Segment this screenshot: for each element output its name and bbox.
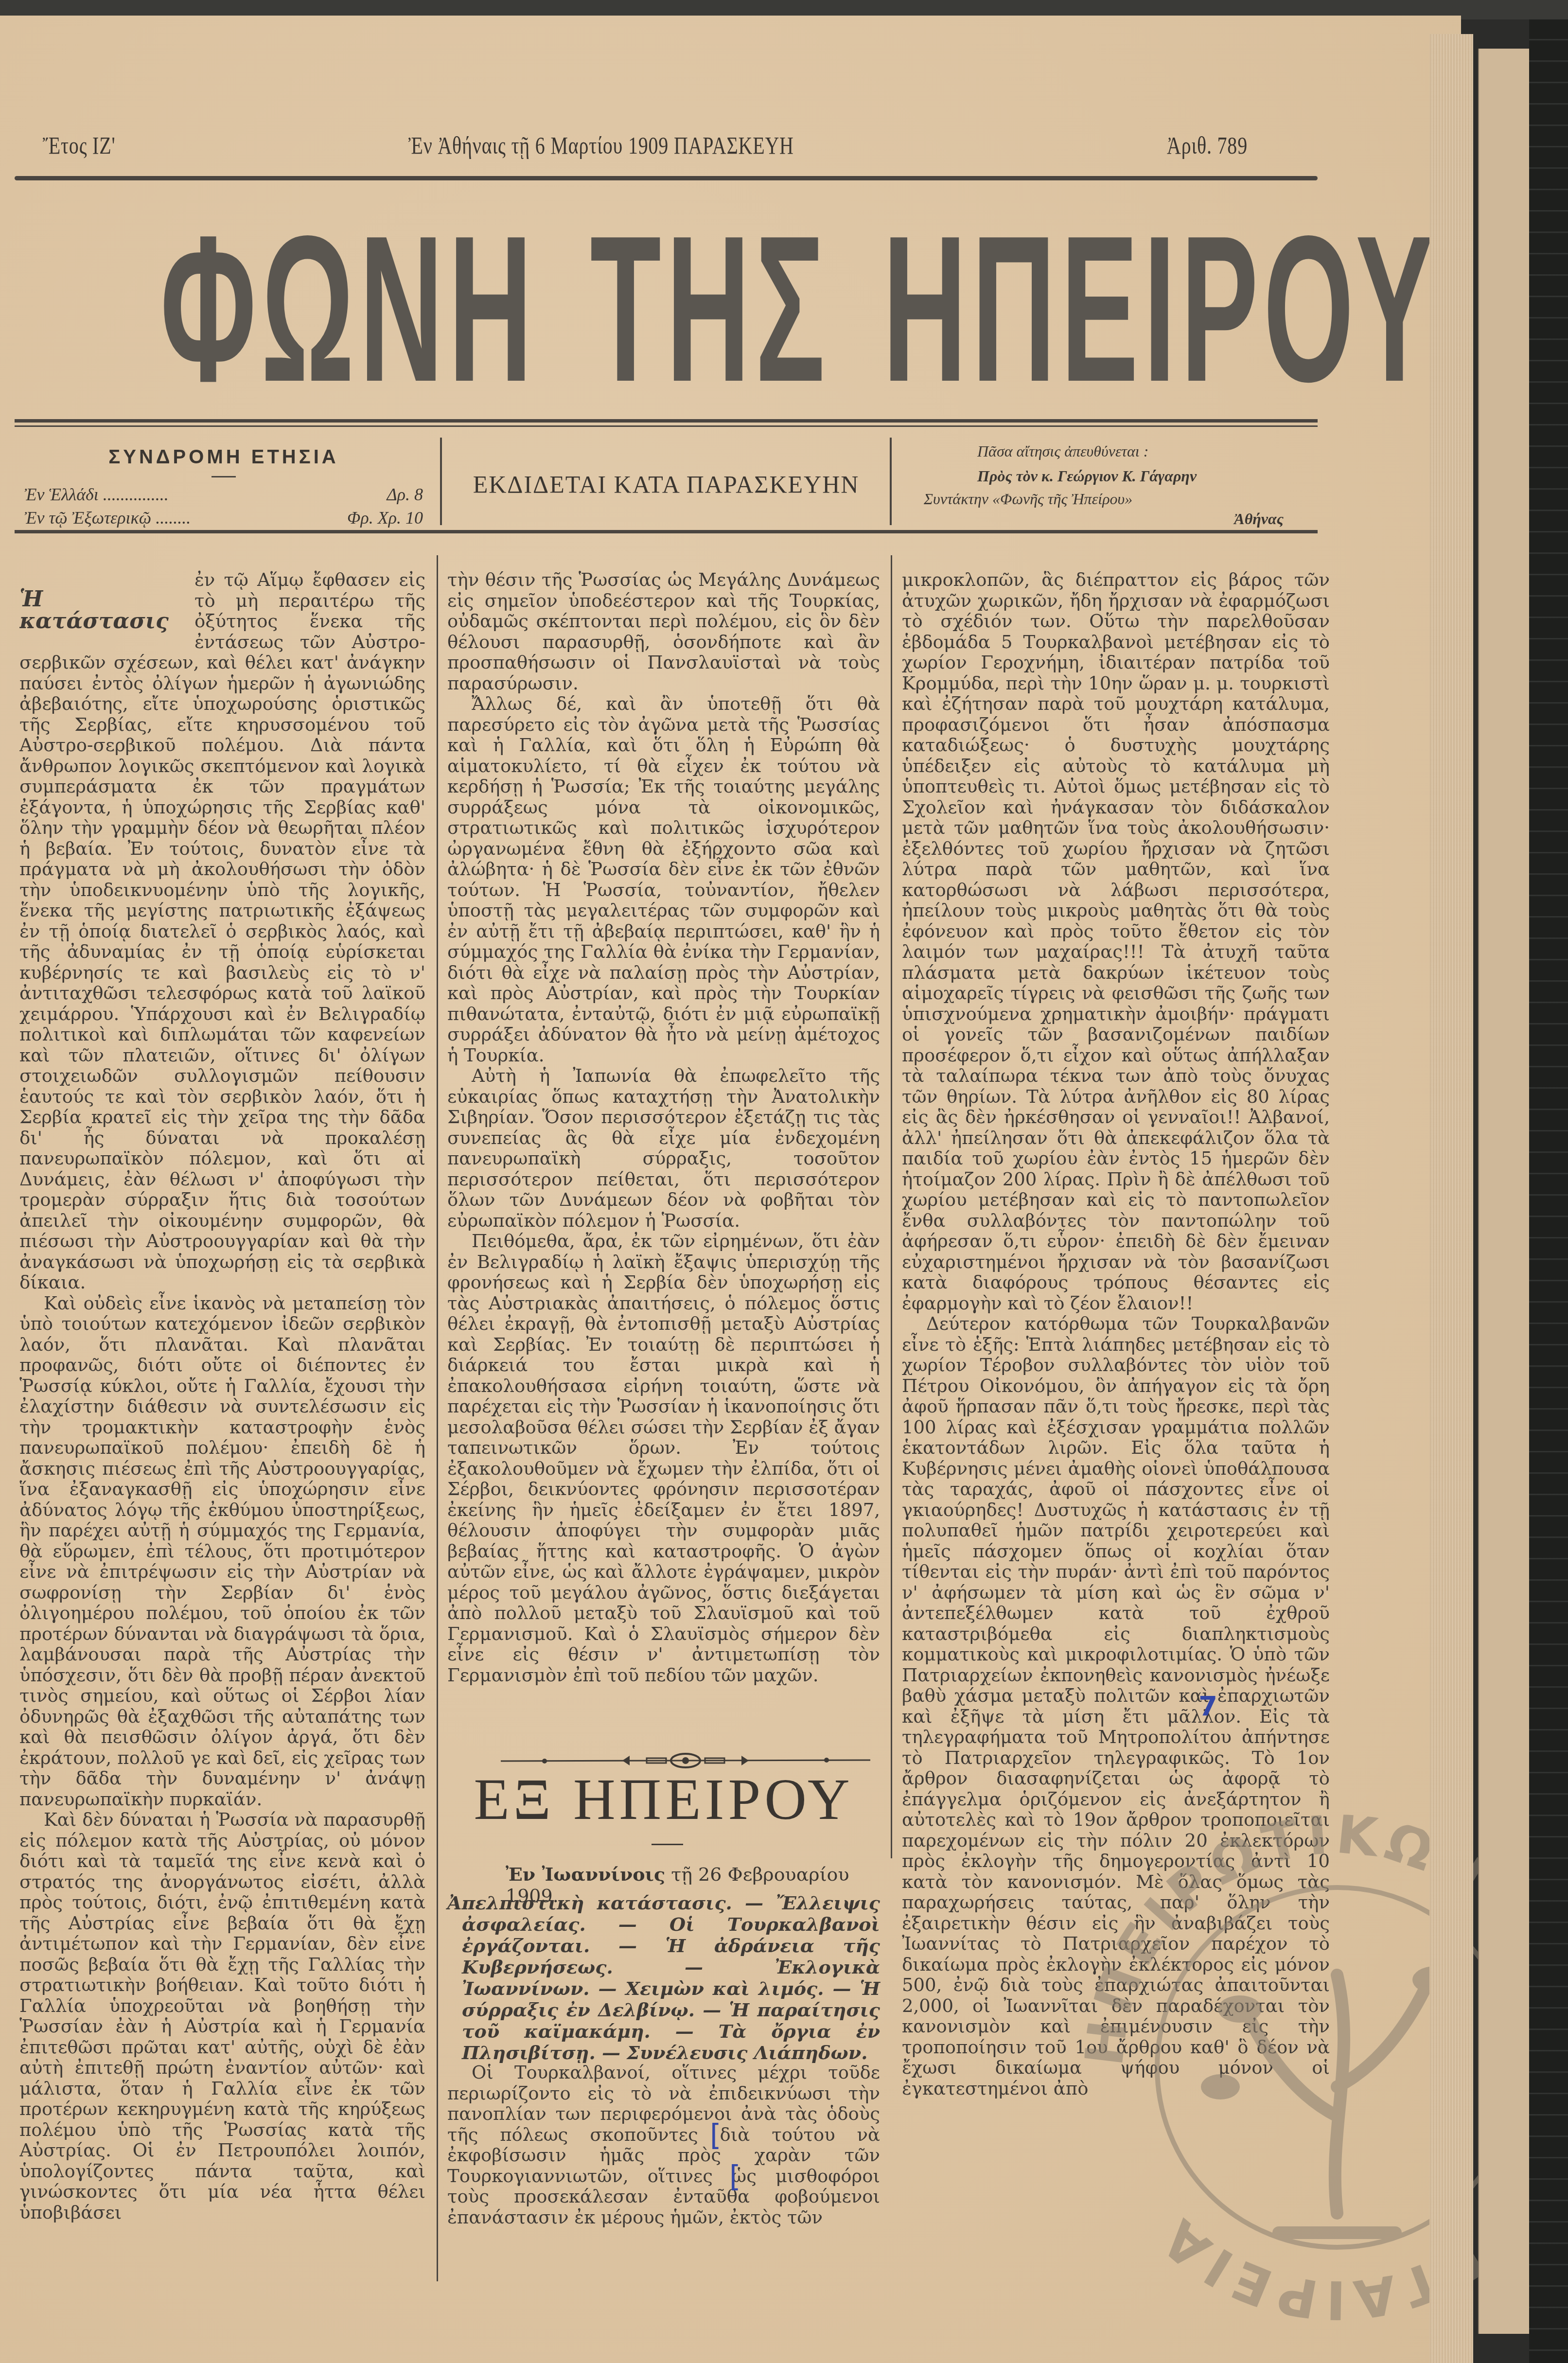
pen-mark-bracket: [	[729, 2160, 740, 2194]
masthead-title: ΦΩΝΗΤΗΣΗΠΕΙΡΟΥ	[160, 205, 731, 413]
header-rule	[15, 176, 1318, 180]
section-title: ΕΞ ΗΠΕΙΡΟΥ	[447, 1766, 880, 1833]
info-top-rule	[15, 419, 1318, 423]
article2-column-2: Οἱ Τουρκαλβανοί, οἵτινες μέχρι τοῦδε περ…	[447, 2063, 880, 2238]
subscription-title: ΣΥΝΔΡΟΜΗ ΕΤΗΣΙΑ	[19, 446, 428, 468]
pen-mark-bracket: [	[710, 2118, 721, 2152]
article-paragraph: ἐν τῷ Αἵμῳ ἔφθασεν εἰς τὸ μὴ περαιτέρω τ…	[19, 570, 425, 1293]
article-paragraph: Καὶ οὐδεὶς εἶνε ἱκανὸς νὰ μεταπείσῃ τὸν …	[19, 1293, 425, 1810]
section-title-underline	[652, 1844, 683, 1845]
pen-mark-seven: 7	[1198, 1691, 1217, 1722]
masthead-word-3: ΗΠΕΙΡΟΥ	[882, 193, 1438, 425]
subscription-box: ΣΥΝΔΡΟΜΗ ΕΤΗΣΙΑ Ἐν Ἑλλάδι ..............…	[19, 429, 428, 531]
article-paragraph: Ἄλλως δέ, καὶ ἂν ὑποτεθῇ ὅτι θὰ παρεσύρε…	[447, 694, 880, 1066]
subscription-greece-label: Ἐν Ἑλλάδι ...............	[24, 484, 169, 505]
article-column-2: τὴν θέσιν τῆς Ῥωσσίας ὡς Μεγάλης Δυνάμεω…	[447, 570, 880, 1746]
info-divider-2	[890, 438, 892, 525]
book-cover-flap	[1478, 49, 1530, 2334]
correspondence-line-2: Πρὸς τὸν κ. Γεώργιον Κ. Γάγαρην	[904, 467, 1313, 485]
article-column-1: Ἡ κατάστασις ἐν τῷ Αἵμῳ ἔφθασεν εἰς τὸ μ…	[19, 570, 425, 2242]
newspaper-page: Ἔτος ΙΖ' Ἐν Ἀθήναις τῇ 6 Μαρτίου 1909 ΠΑ…	[0, 16, 1461, 2363]
article-paragraph: Δεύτερον κατόρθωμα τῶν Τουρκαλβανῶν εἶνε…	[902, 1314, 1330, 2099]
article-paragraph: Οἱ Τουρκαλβανοί, οἵτινες μέχρι τοῦδε περ…	[447, 2063, 880, 2228]
subscription-abroad-label: Ἐν τῷ Ἐξωτερικῷ ........	[24, 508, 191, 528]
subscription-greece-price: Δρ. 8	[387, 484, 423, 505]
info-top-rule-thin	[15, 425, 1318, 427]
article-lead-title: Ἡ κατάστασις	[19, 587, 169, 634]
correspondence-box: Πᾶσα αἴτησις ἀπευθύνεται : Πρὸς τὸν κ. Γ…	[904, 429, 1313, 531]
article-paragraph: τὴν θέσιν τῆς Ῥωσσίας ὡς Μεγάλης Δυνάμεω…	[447, 570, 880, 694]
masthead-word-2: ΤΗΣ	[590, 193, 830, 425]
book-cover-spine	[1529, 19, 1568, 2363]
column-rule-1	[437, 555, 438, 2281]
summary-text: Ἀπελπιστικὴ κατάστασις. — Ἔλλειψις ἀσφαλ…	[447, 1892, 880, 2063]
page-edges	[1429, 34, 1473, 2363]
correspondence-line-3: Συντάκτην «Φωνῆς τῆς Ἠπείρου»	[904, 490, 1313, 508]
article-paragraph: Καὶ δὲν δύναται ἡ Ῥωσσία νὰ παρασυρθῇ εἰ…	[19, 1810, 425, 2223]
dateline-place: Ἐν Ἰωαννίνοις	[506, 1863, 665, 1885]
info-divider-1	[440, 438, 442, 525]
year-label: Ἔτος ΙΖ'	[43, 131, 115, 159]
masthead-word-1: ΦΩΝΗ	[160, 193, 537, 425]
article-column-3: μικροκλοπῶν, ἃς διέπραττον εἰς βάρος τῶν…	[902, 570, 1330, 2272]
column-rule-2	[891, 555, 892, 1858]
correspondence-line-4: Ἀθήνας	[904, 510, 1313, 528]
article-paragraph: Πειθόμεθα, ἄρα, ἐκ τῶν εἰρημένων, ὅτι ἐὰ…	[447, 1231, 880, 1686]
subscription-dash	[211, 476, 236, 477]
article-paragraph: μικροκλοπῶν, ἃς διέπραττον εἰς βάρος τῶν…	[902, 570, 1330, 1314]
article2-summary: Ἀπελπιστικὴ κατάστασις. — Ἔλλειψις ἀσφαλ…	[447, 1892, 880, 2063]
issue-number: Ἀριθ. 789	[1167, 131, 1248, 159]
subscription-abroad-price: Φρ. Χρ. 10	[347, 508, 423, 528]
dateline: Ἐν Ἀθήναις τῇ 6 Μαρτίου 1909 ΠΑΡΑΣΚΕΥΗ	[408, 131, 794, 159]
correspondence-line-1: Πᾶσα αἴτησις ἀπευθύνεται :	[904, 442, 1313, 460]
article-paragraph: Αὐτὴ ἡ Ἰαπωνία θὰ ἐπωφελεῖτο τῆς εὐκαιρί…	[447, 1066, 880, 1231]
publication-note: ΕΚΔΙΔΕΤΑΙ ΚΑΤΑ ΠΑΡΑΣΚΕΥΗΝ	[452, 470, 880, 498]
